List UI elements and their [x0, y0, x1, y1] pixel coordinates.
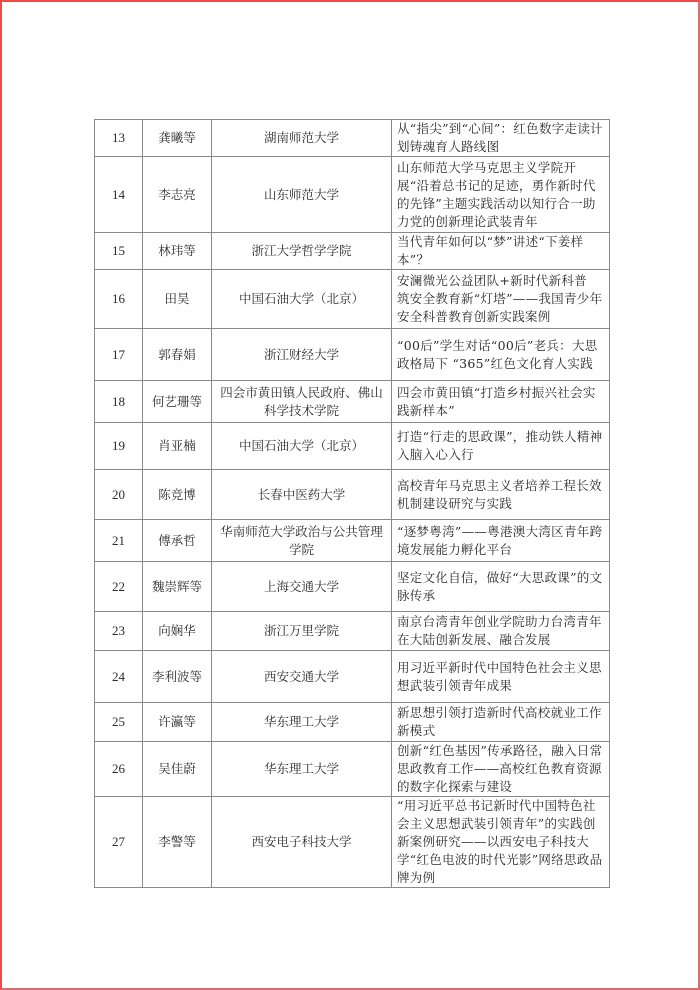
table-row: 15林玮等浙江大学哲学学院当代青年如何以“梦”讲述“下姜样本”？	[95, 233, 610, 270]
project-title-cell: 山东师范大学马克思主义学院开展“沿着总书记的足迹，勇作新时代的先锋”主题实践活动…	[392, 157, 610, 233]
applicant-name-cell: 龚曦等	[143, 120, 212, 157]
project-title-cell: 从“指尖”到“心间”：红色数字走读计划铸魂育人路线图	[392, 120, 610, 157]
project-title-cell: 打造“行走的思政课”，推动铁人精神入脑入心入行	[392, 423, 610, 470]
project-title-cell: 南京台湾青年创业学院助力台湾青年在大陆创新发展、融合发展	[392, 612, 610, 651]
row-number-cell: 20	[95, 470, 143, 520]
table-row: 22魏崇辉等上海交通大学坚定文化自信，做好“大思政课”的文脉传承	[95, 562, 610, 612]
row-number-cell: 13	[95, 120, 143, 157]
organization-cell: 湖南师范大学	[212, 120, 392, 157]
organization-cell: 华东理工大学	[212, 742, 392, 797]
organization-cell: 华东理工大学	[212, 703, 392, 742]
applicant-name-cell: 许瀛等	[143, 703, 212, 742]
table-row: 18何艺珊等四会市黄田镇人民政府、佛山科学技术学院四会市黄田镇“打造乡村振兴社会…	[95, 381, 610, 423]
table-row: 13龚曦等湖南师范大学从“指尖”到“心间”：红色数字走读计划铸魂育人路线图	[95, 120, 610, 157]
organization-cell: 浙江万里学院	[212, 612, 392, 651]
table-row: 14李志亮山东师范大学山东师范大学马克思主义学院开展“沿着总书记的足迹，勇作新时…	[95, 157, 610, 233]
organization-cell: 华南师范大学政治与公共管理学院	[212, 520, 392, 562]
row-number-cell: 25	[95, 703, 143, 742]
organization-cell: 浙江大学哲学学院	[212, 233, 392, 270]
table-row: 21傅承哲华南师范大学政治与公共管理学院“逐梦粤湾”——粤港澳大湾区青年跨境发展…	[95, 520, 610, 562]
project-title-cell: 高校青年马克思主义者培养工程长效机制建设研究与实践	[392, 470, 610, 520]
organization-cell: 山东师范大学	[212, 157, 392, 233]
organization-cell: 中国石油大学（北京）	[212, 423, 392, 470]
table-row: 24李利波等西安交通大学用习近平新时代中国特色社会主义思想武装引领青年成果	[95, 651, 610, 703]
organization-cell: 上海交通大学	[212, 562, 392, 612]
organization-cell: 西安交通大学	[212, 651, 392, 703]
row-number-cell: 21	[95, 520, 143, 562]
organization-cell: 中国石油大学（北京）	[212, 270, 392, 329]
organization-cell: 四会市黄田镇人民政府、佛山科学技术学院	[212, 381, 392, 423]
project-title-cell: “用习近平总书记新时代中国特色社会主义思想武装引领青年”的实践创新案例研究——以…	[392, 797, 610, 888]
organization-cell: 浙江财经大学	[212, 329, 392, 381]
applicant-name-cell: 李警等	[143, 797, 212, 888]
row-number-cell: 24	[95, 651, 143, 703]
project-title-cell: 新思想引领打造新时代高校就业工作新模式	[392, 703, 610, 742]
project-title-cell: 创新“红色基因”传承路径，融入日常思政教育工作——高校红色教育资源的数字化探索与…	[392, 742, 610, 797]
organization-cell: 长春中医药大学	[212, 470, 392, 520]
applicant-name-cell: 林玮等	[143, 233, 212, 270]
applicant-name-cell: 陈竞博	[143, 470, 212, 520]
row-number-cell: 23	[95, 612, 143, 651]
row-number-cell: 18	[95, 381, 143, 423]
applicant-name-cell: 田昊	[143, 270, 212, 329]
table-row: 20陈竞博长春中医药大学高校青年马克思主义者培养工程长效机制建设研究与实践	[95, 470, 610, 520]
row-number-cell: 16	[95, 270, 143, 329]
applicant-name-cell: 李利波等	[143, 651, 212, 703]
project-title-cell: “逐梦粤湾”——粤港澳大湾区青年跨境发展能力孵化平台	[392, 520, 610, 562]
applicant-name-cell: 向娴华	[143, 612, 212, 651]
project-title-cell: “00后”学生对话“00后”老兵：大思政格局下 “365”红色文化育人实践	[392, 329, 610, 381]
applicant-name-cell: 吴佳蔚	[143, 742, 212, 797]
applicant-name-cell: 傅承哲	[143, 520, 212, 562]
row-number-cell: 27	[95, 797, 143, 888]
applicant-name-cell: 何艺珊等	[143, 381, 212, 423]
row-number-cell: 14	[95, 157, 143, 233]
project-title-cell: 安澜微光公益团队+新时代新科普 筑安全教育新“灯塔”——我国青少年安全科普教育创…	[392, 270, 610, 329]
row-number-cell: 15	[95, 233, 143, 270]
table-row: 16田昊中国石油大学（北京）安澜微光公益团队+新时代新科普 筑安全教育新“灯塔”…	[95, 270, 610, 329]
applicant-name-cell: 肖亚楠	[143, 423, 212, 470]
table-row: 19肖亚楠中国石油大学（北京）打造“行走的思政课”，推动铁人精神入脑入心入行	[95, 423, 610, 470]
project-title-cell: 用习近平新时代中国特色社会主义思想武装引领青年成果	[392, 651, 610, 703]
results-table-body: 13龚曦等湖南师范大学从“指尖”到“心间”：红色数字走读计划铸魂育人路线图14李…	[95, 120, 610, 888]
applicant-name-cell: 郭春娟	[143, 329, 212, 381]
table-row: 25许瀛等华东理工大学新思想引领打造新时代高校就业工作新模式	[95, 703, 610, 742]
results-table: 13龚曦等湖南师范大学从“指尖”到“心间”：红色数字走读计划铸魂育人路线图14李…	[94, 119, 610, 888]
row-number-cell: 22	[95, 562, 143, 612]
table-row: 27李警等西安电子科技大学“用习近平总书记新时代中国特色社会主义思想武装引领青年…	[95, 797, 610, 888]
row-number-cell: 19	[95, 423, 143, 470]
applicant-name-cell: 李志亮	[143, 157, 212, 233]
table-row: 23向娴华浙江万里学院南京台湾青年创业学院助力台湾青年在大陆创新发展、融合发展	[95, 612, 610, 651]
project-title-cell: 坚定文化自信，做好“大思政课”的文脉传承	[392, 562, 610, 612]
row-number-cell: 17	[95, 329, 143, 381]
table-row: 26吴佳蔚华东理工大学创新“红色基因”传承路径，融入日常思政教育工作——高校红色…	[95, 742, 610, 797]
applicant-name-cell: 魏崇辉等	[143, 562, 212, 612]
organization-cell: 西安电子科技大学	[212, 797, 392, 888]
table-row: 17郭春娟浙江财经大学“00后”学生对话“00后”老兵：大思政格局下 “365”…	[95, 329, 610, 381]
row-number-cell: 26	[95, 742, 143, 797]
project-title-cell: 当代青年如何以“梦”讲述“下姜样本”？	[392, 233, 610, 270]
document-page: 13龚曦等湖南师范大学从“指尖”到“心间”：红色数字走读计划铸魂育人路线图14李…	[0, 0, 700, 990]
project-title-cell: 四会市黄田镇“打造乡村振兴社会实践新样本”	[392, 381, 610, 423]
